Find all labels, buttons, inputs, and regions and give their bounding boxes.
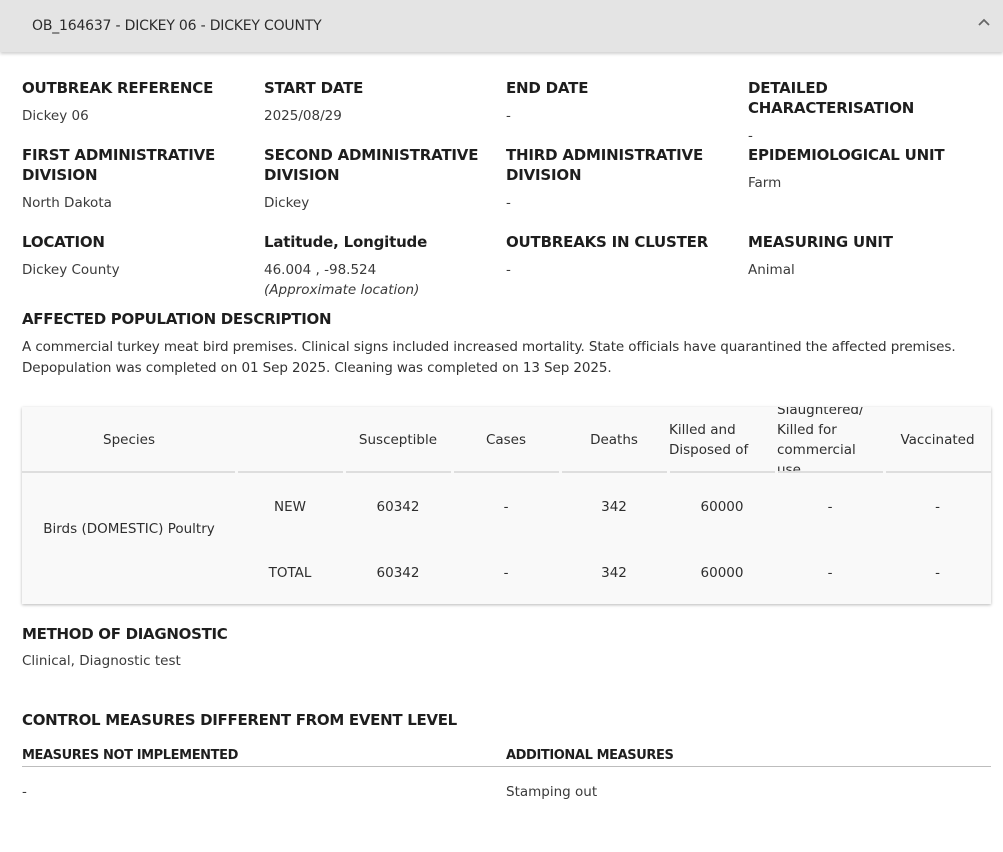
field-label: MEASURING UNIT [748,232,984,252]
header-divider [238,471,343,473]
field-second-admin-division: SECOND ADMINISTRATIVE DIVISION Dickey [264,145,506,232]
th-vaccinated: Vaccinated [884,407,991,472]
field-value: 46.004 , -98.524 [264,260,498,280]
outbreak-details-grid: OUTBREAK REFERENCE Dickey 06 START DATE … [22,78,992,310]
field-first-admin-division: FIRST ADMINISTRATIVE DIVISION North Dako… [22,145,264,232]
species-name: Birds (DOMESTIC) Poultry [22,519,236,539]
field-label: OUTBREAKS IN CLUSTER [506,232,740,252]
affected-population-text: A commercial turkey meat bird premises. … [22,337,972,379]
field-value: Dickey County [22,260,256,280]
field-third-admin-division: THIRD ADMINISTRATIVE DIVISION - [506,145,748,232]
field-lat-long: Latitude, Longitude 46.004 , -98.524 (Ap… [264,232,506,310]
th-cases: Cases [452,407,560,472]
chevron-up-icon[interactable] [977,15,991,29]
cell-deaths: 342 [560,563,668,583]
field-value: Animal [748,260,984,280]
field-value: Farm [748,173,984,193]
field-value: - [506,193,740,213]
control-measures-header: MEASURES NOT IMPLEMENTED ADDITIONAL MEAS… [22,748,991,767]
field-label: END DATE [506,78,740,98]
cell-vaccinated: - [884,497,991,517]
field-outbreak-reference: OUTBREAK REFERENCE Dickey 06 [22,78,264,145]
cell-vaccinated: - [884,563,991,583]
affected-population-title: AFFECTED POPULATION DESCRIPTION [22,310,331,328]
th-killed-disposed: Killed and Disposed of [669,407,769,472]
field-measuring-unit: MEASURING UNIT Animal [748,232,992,310]
cell-killed: 60000 [668,563,776,583]
cell-killed: 60000 [668,497,776,517]
approximate-location-note: (Approximate location) [264,280,498,300]
diagnostic-title: METHOD OF DIAGNOSTIC [22,625,228,643]
field-value: North Dakota [22,193,256,213]
table-header: Species Susceptible Cases Deaths Killed … [22,407,991,472]
field-label: SECOND ADMINISTRATIVE DIVISION [264,145,498,185]
measures-not-implemented-label: MEASURES NOT IMPLEMENTED [22,748,238,763]
field-label: THIRD ADMINISTRATIVE DIVISION [506,145,740,185]
field-value: - [506,106,740,126]
th-deaths: Deaths [560,407,668,472]
field-value: - [748,126,984,146]
cell-susceptible: 60342 [344,497,452,517]
field-label: EPIDEMIOLOGICAL UNIT [748,145,984,165]
field-value: 2025/08/29 [264,106,498,126]
row-type: NEW [236,497,344,517]
header-divider [670,471,775,473]
field-epidemiological-unit: EPIDEMIOLOGICAL UNIT Farm [748,145,992,232]
field-label: OUTBREAK REFERENCE [22,78,256,98]
field-label: DETAILED CHARACTERISATION [748,78,984,118]
cell-slaughtered: - [776,563,884,583]
header-divider [886,471,991,473]
header-divider [22,471,235,473]
field-label: Latitude, Longitude [264,232,498,252]
field-outbreaks-in-cluster: OUTBREAKS IN CLUSTER - [506,232,748,310]
field-start-date: START DATE 2025/08/29 [264,78,506,145]
field-location: LOCATION Dickey County [22,232,264,310]
additional-measures-value: Stamping out [506,784,597,800]
field-label: LOCATION [22,232,256,252]
control-measures-title: CONTROL MEASURES DIFFERENT FROM EVENT LE… [22,711,457,729]
th-type [236,407,344,472]
field-value: Dickey [264,193,498,213]
outbreak-panel-header[interactable]: OB_164637 - DICKEY 06 - DICKEY COUNTY [0,0,1003,52]
outbreak-title: OB_164637 - DICKEY 06 - DICKEY COUNTY [32,18,321,34]
th-species: Species [22,407,236,472]
field-label: START DATE [264,78,498,98]
row-type: TOTAL [236,563,344,583]
header-divider [778,471,883,473]
cell-slaughtered: - [776,497,884,517]
cell-deaths: 342 [560,497,668,517]
diagnostic-value: Clinical, Diagnostic test [22,653,181,669]
field-value: Dickey 06 [22,106,256,126]
header-divider [562,471,667,473]
measures-not-implemented-value: - [22,784,27,800]
header-divider [346,471,451,473]
th-slaughtered: Slaughtered/ Killed for commercial use [777,407,877,472]
cell-cases: - [452,563,560,583]
field-value: - [506,260,740,280]
additional-measures-label: ADDITIONAL MEASURES [506,748,673,763]
th-susceptible: Susceptible [344,407,452,472]
header-divider [454,471,559,473]
cell-cases: - [452,497,560,517]
field-detailed-characterisation: DETAILED CHARACTERISATION - [748,78,992,145]
field-label: FIRST ADMINISTRATIVE DIVISION [22,145,256,185]
species-table: Species Susceptible Cases Deaths Killed … [22,407,991,604]
field-end-date: END DATE - [506,78,748,145]
cell-susceptible: 60342 [344,563,452,583]
